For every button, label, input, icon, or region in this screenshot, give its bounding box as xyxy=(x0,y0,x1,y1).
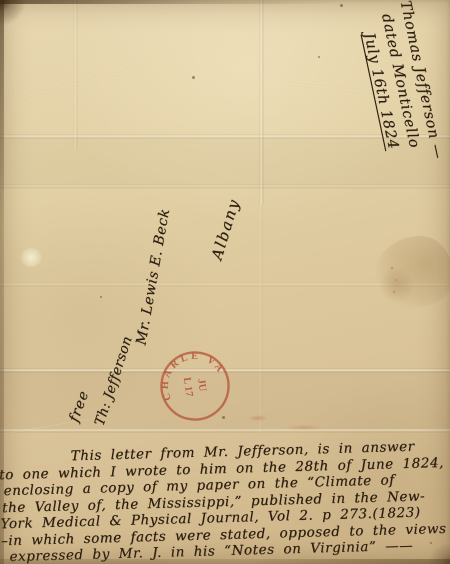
paper-speck xyxy=(340,4,343,7)
paper-corner-shadow xyxy=(416,538,450,564)
paper-edge-bottom xyxy=(0,559,450,564)
paper-edge-left xyxy=(0,0,4,564)
paper-corner-shadow xyxy=(0,0,48,38)
svg-text:CHARLE VA: CHARLE VA xyxy=(158,347,228,408)
paper-speck xyxy=(192,76,195,79)
wax-seal-red-flecks xyxy=(388,260,404,300)
postmark-town-text: CHARLE VA xyxy=(158,347,228,408)
letter-photograph: Thomas Jefferson — dated Monticello July… xyxy=(0,0,450,564)
paper-speck xyxy=(318,56,320,58)
postmark-stamp: CHARLE VA JU L 17 xyxy=(152,343,238,429)
pale-spot xyxy=(20,248,42,267)
annotation-paragraph: This letter from Mr. Jefferson, is in an… xyxy=(0,438,450,564)
red-smudge xyxy=(236,412,336,434)
postmark-date-line1: JU xyxy=(195,378,208,393)
fold-crease xyxy=(73,0,78,150)
postmark-date-line2: L 17 xyxy=(181,377,195,398)
paper-edge-top xyxy=(0,0,450,4)
paper-speck xyxy=(100,296,102,298)
